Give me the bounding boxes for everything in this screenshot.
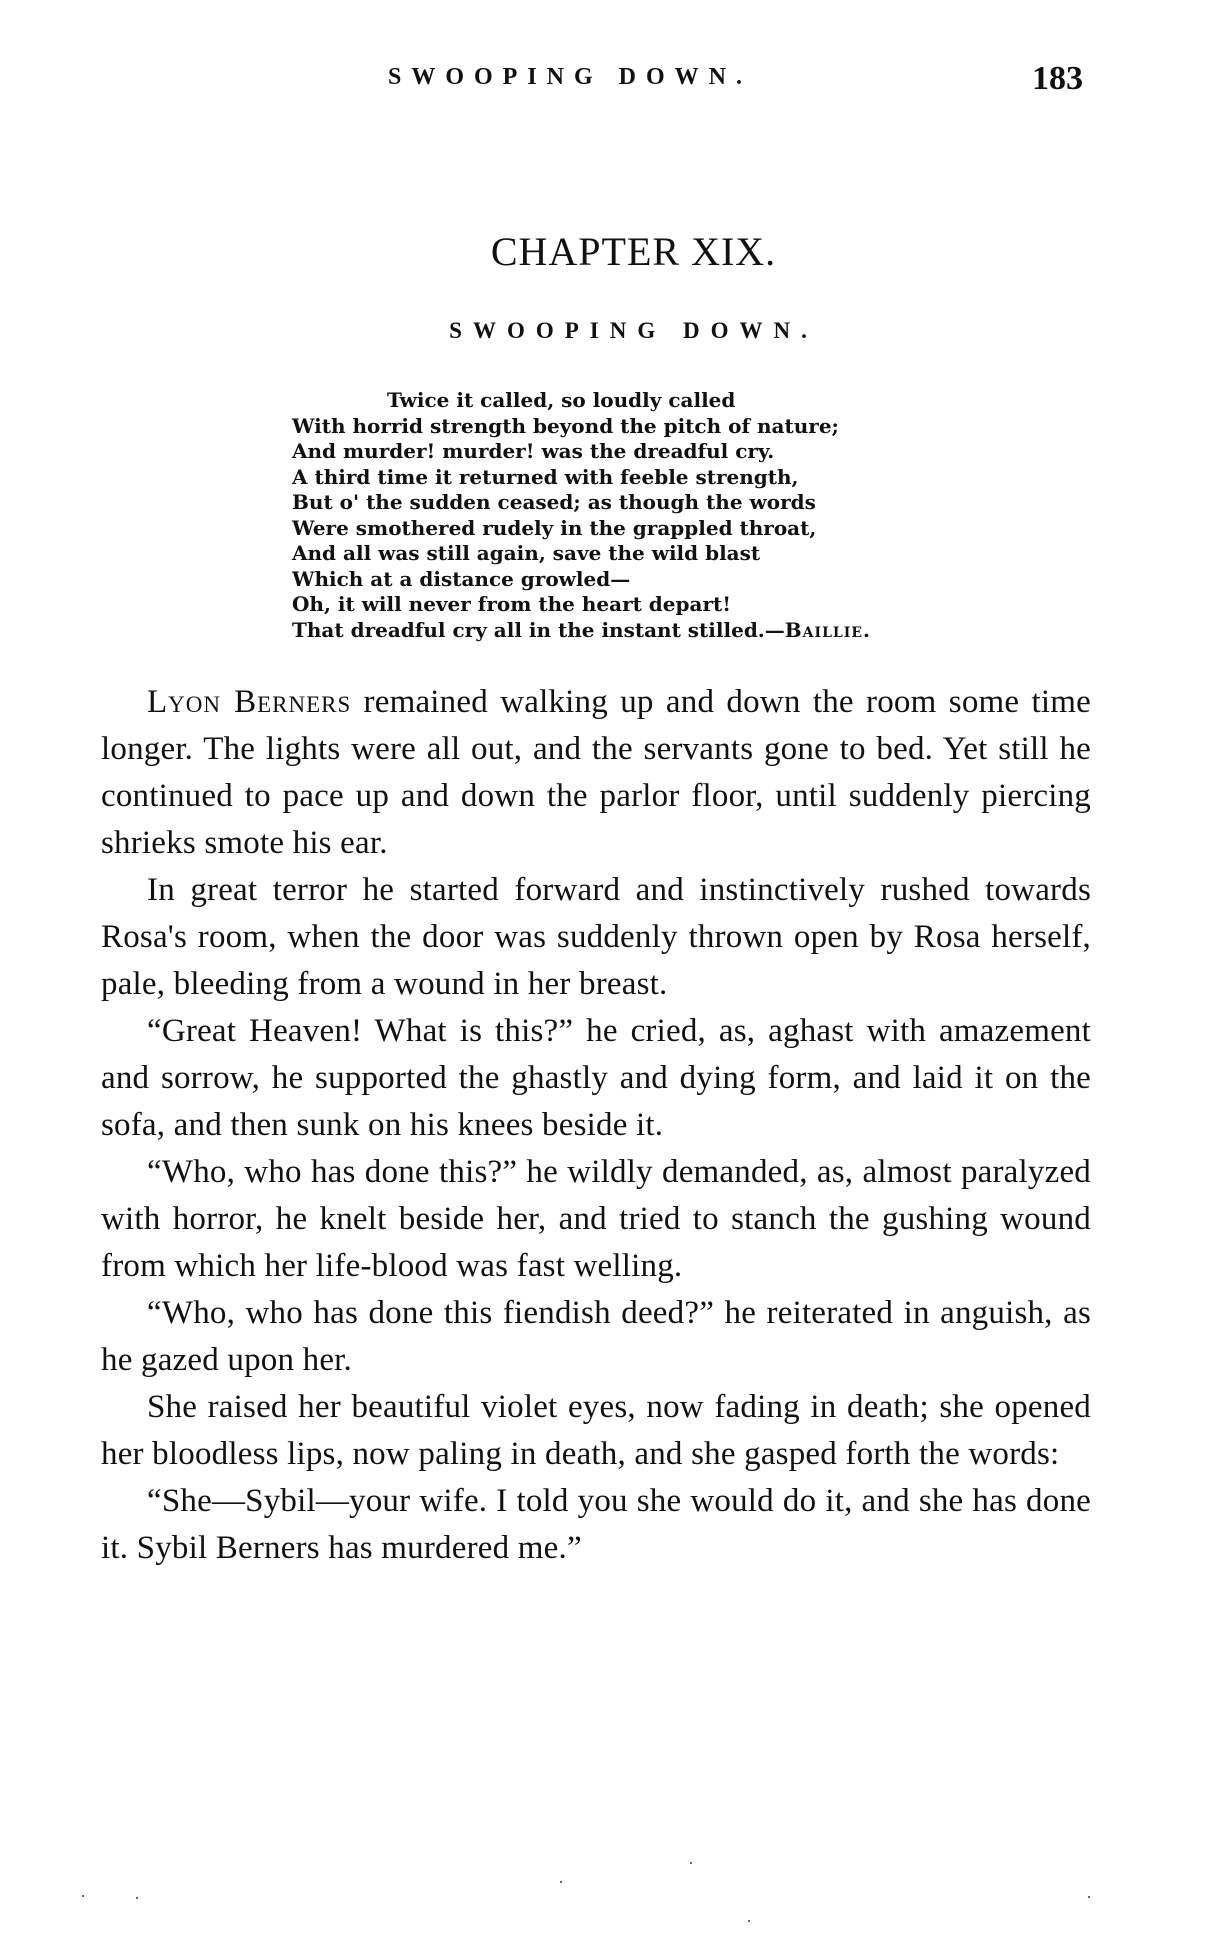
poem-line: Were smothered rudely in the grappled th… [292,516,992,542]
paragraph: Lyon Berners remained walking up and dow… [101,679,1091,867]
chapter-title: CHAPTER XIX. [0,228,1227,275]
paragraph: “She—Sybil—your wife. I told you she wou… [101,1478,1091,1572]
paragraph: “Who, who has done this fiendish deed?” … [101,1290,1091,1384]
character-name: Lyon Berners [147,684,351,720]
book-page: SWOOPING DOWN. 183 CHAPTER XIX. SWOOPING… [0,0,1227,1936]
chapter-subtitle: SWOOPING DOWN. [0,318,1227,344]
paragraph: She raised her beautiful violet eyes, no… [101,1384,1091,1478]
running-title: SWOOPING DOWN. [388,64,752,91]
paragraph: “Who, who has done this?” he wildly dema… [101,1149,1091,1290]
poem-attribution: Baillie. [785,618,871,642]
poem-line: Which at a distance growled— [292,567,992,593]
chapter-body: Lyon Berners remained walking up and dow… [101,679,1091,1572]
epigraph-poem: Twice it called, so loudly called With h… [292,388,992,643]
poem-line: A third time it returned with feeble str… [292,465,992,491]
paragraph: “Great Heaven! What is this?” he cried, … [101,1008,1091,1149]
running-header: SWOOPING DOWN. 183 [0,60,1227,100]
poem-line: And murder! murder! was the dreadful cry… [292,439,992,465]
poem-line: Oh, it will never from the heart depart! [292,592,992,618]
page-number: 183 [1032,60,1083,98]
poem-line: And all was still again, save the wild b… [292,541,992,567]
poem-line: Twice it called, so loudly called [292,388,992,414]
paragraph: In great terror he started forward and i… [101,867,1091,1008]
poem-line: With horrid strength beyond the pitch of… [292,414,992,440]
poem-line-text: That dreadful cry all in the instant sti… [292,618,785,642]
poem-line-final: That dreadful cry all in the instant sti… [292,618,992,644]
poem-line: But o' the sudden ceased; as though the … [292,490,992,516]
